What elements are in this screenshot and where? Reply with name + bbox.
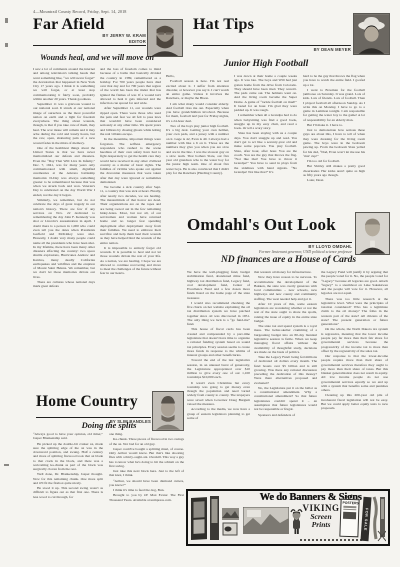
right-banner-stands-image xyxy=(372,495,386,542)
body-paragraph: “Arthur, we should have been diamond cut… xyxy=(109,479,184,488)
body-paragraph: We have the well-plugging fund, budget s… xyxy=(187,270,250,300)
far-afield-rule xyxy=(33,45,146,46)
body-paragraph: I was down at their home a couple weeks … xyxy=(234,74,297,112)
body-paragraph: I remember when all a Grandpa had to do … xyxy=(234,113,297,130)
omdahl-byline-sub: Former lieutenant governor, UND politica… xyxy=(200,250,352,254)
home-country-column-2: one thing.Ka-chunk. Three pieces of fire… xyxy=(109,432,184,545)
body-paragraph: No, the Legislature put it on the ballot… xyxy=(254,386,317,412)
body-paragraph: Jasper could've bought a splitting maul,… xyxy=(109,447,184,468)
body-paragraph: But Shirley still makes a pretty good ch… xyxy=(303,164,365,177)
viking-screen-prints-wordmark: VIKING Screen Prints xyxy=(302,504,340,528)
body-paragraph: He picked up the double-bit cruiser ax, … xyxy=(33,442,103,472)
body-paragraph: I am what many would consider elderly. A… xyxy=(166,102,229,123)
banner-stands-image xyxy=(190,494,240,542)
body-paragraph: He stood it up. This second swing wasn't… xyxy=(33,486,103,499)
body-paragraph: It wasn't even Christmas but every towns… xyxy=(187,381,250,407)
body-paragraph: Our response is that the lower-income pe… xyxy=(321,354,388,392)
sample-banner-photo xyxy=(243,507,289,534)
prints-word: Prints xyxy=(302,521,340,529)
omdahl-column-1: We have the well-plugging fund, budget s… xyxy=(187,270,250,487)
far-afield-title: Far Afield xyxy=(33,16,104,34)
body-paragraph: Brought to you by Ol' Max Evans: The Fir… xyxy=(109,493,184,502)
omdahl-headline: ND finances are a House of Cards xyxy=(187,255,390,265)
far-afield-headline: Wounds heal, and we will move on xyxy=(33,53,161,62)
posters-label: POSTERS xyxy=(342,501,357,506)
body-paragraph: I think it's time to feed the dog, Bun. xyxy=(109,488,184,492)
body-paragraph: Just take this next block here. Just to … xyxy=(109,469,184,478)
far-afield-column-1: I saw a lot of comments around the inter… xyxy=(33,67,95,346)
body-paragraph: One of the healthiest things about the U… xyxy=(33,146,95,197)
far-afield-byline-editor: EDITOR xyxy=(60,39,146,44)
body-paragraph: In the meantime, important things were f… xyxy=(100,137,161,184)
home-country-headline: Doing the splits xyxy=(33,420,185,430)
folio-line: 4—Mountrail County Record, Friday, Sept.… xyxy=(33,9,127,14)
body-paragraph: Sponsors and defenders of xyxy=(254,413,317,417)
home-country-title: Home Country xyxy=(36,393,138,411)
body-paragraph: This house of fiscal cards has been crea… xyxy=(187,327,250,357)
body-paragraph: I would also recommend checking the five… xyxy=(187,301,250,327)
body-paragraph: Ka-chunk. Three pieces of firewood in tw… xyxy=(109,437,184,446)
body-paragraph: We became a sick country after Sept. 11,… xyxy=(100,185,161,245)
body-paragraph: There was too little research at the leg… xyxy=(321,297,388,327)
body-paragraph: I went to Bowman for the football jambor… xyxy=(303,88,365,122)
lloyd-omdahl-headshot-photo xyxy=(355,212,390,255)
body-paragraph: Just to demonstrate how serious these gu… xyxy=(303,128,365,158)
poster-text-line xyxy=(343,508,356,510)
home-country-column-1: “Always good to have your opinion, old t… xyxy=(33,432,103,545)
body-paragraph: The state tax and spend system is a roya… xyxy=(254,324,317,354)
body-paragraph: Cleaning up this 200-year old pile of in… xyxy=(321,393,388,410)
body-paragraph: Now they have reason to be nervous. To a… xyxy=(254,275,317,301)
body-paragraph: Well done, Dr. Blankenship, Jasper thoug… xyxy=(33,472,103,485)
body-paragraph: that western oil money for infrastructur… xyxy=(254,270,317,274)
body-paragraph: “Always good to have your opinion, old t… xyxy=(33,432,103,441)
omdahl-byline: BY LLOYD OMDAHL xyxy=(252,244,352,249)
omdahl-column-3: the Legacy Fund will justify it by argui… xyxy=(321,270,388,487)
body-paragraph: and the loss of freedom comes to mind be… xyxy=(100,67,161,105)
body-paragraph: Football season is here. I'm not real ex… xyxy=(166,79,229,100)
body-paragraph: I saw a lot of comments around the inter… xyxy=(33,67,95,101)
body-paragraph: I'm too old for football. xyxy=(303,159,365,163)
body-paragraph: hard to be the guy that throws the flag … xyxy=(303,74,365,87)
scan-artifact xyxy=(5,43,8,47)
body-paragraph: Similarly, we remember, but do not celeb… xyxy=(33,198,95,279)
body-paragraph: Take the Legacy Fund: being fed millions… xyxy=(254,355,317,385)
body-paragraph: After 10 years of this, some eastern leg… xyxy=(254,302,317,323)
scan-artifact xyxy=(5,18,8,23)
hat-tips-column-2: I was down at their home a couple weeks … xyxy=(234,74,297,216)
body-paragraph: the Legacy Fund will justify it by argui… xyxy=(321,270,388,296)
home-country-rule xyxy=(36,417,151,418)
body-paragraph: one thing. xyxy=(109,432,184,436)
far-afield-byline: BY JERRY W. KRAM xyxy=(60,33,146,38)
scan-artifact xyxy=(4,464,9,466)
hat-tips-rule xyxy=(193,45,351,46)
body-paragraph: Slate has been staying with us a couple … xyxy=(234,131,297,174)
dean-meyer-headshot-photo xyxy=(353,13,390,55)
body-paragraph: On the whole, the North Dakota tax syste… xyxy=(321,327,388,353)
poster-thumbnail xyxy=(343,511,356,518)
ad-phone-line xyxy=(300,539,362,541)
banners-signs-ad: We do Banners & Signs VIKING Screen Prin… xyxy=(186,489,390,546)
body-paragraph: Later, Dean xyxy=(303,178,365,182)
body-paragraph: According to the media, we now have a gr… xyxy=(187,407,250,420)
newspaper-page: 4—Mountrail County Record, Friday, Sept.… xyxy=(0,0,400,567)
hat-tips-title: Hat Tips xyxy=(193,16,254,34)
body-paragraph: There are cultures whose national days m… xyxy=(33,280,95,289)
body-paragraph: But I'll make it. I have to. xyxy=(303,123,365,127)
hat-tips-column-3: hard to be the guy that throws the flag … xyxy=(303,74,365,216)
body-paragraph: It is impossible to entirely forget old … xyxy=(100,246,161,276)
hat-tips-byline: BY DEAN MEYER xyxy=(265,47,351,52)
hat-tips-column-1: Hello,Football season is here. I'm not r… xyxy=(166,74,229,216)
body-paragraph: Hello, xyxy=(166,74,229,78)
for-sale-label: FOR SALE xyxy=(363,507,369,530)
body-paragraph: Toward the end of the last legislative s… xyxy=(187,358,250,379)
omdahl-rule xyxy=(187,242,352,243)
omdahl-column-2: that western oil money for infrastructur… xyxy=(254,270,317,487)
body-paragraph: September 11 was a grievous wound to our… xyxy=(33,102,95,145)
hat-tips-headline: Junior High Football xyxy=(166,59,366,69)
far-afield-column-2: and the loss of freedom comes to mind be… xyxy=(100,67,161,346)
body-paragraph: Two of the boys play junior high footbal… xyxy=(166,124,229,175)
posters-card: POSTERS xyxy=(339,499,359,538)
omdahl-title: Omdahl's Out Look xyxy=(187,215,336,235)
jerry-kram-headshot-photo xyxy=(147,19,183,57)
body-paragraph: After September 11, our wounds were ripp… xyxy=(100,106,161,136)
for-sale-flag: FOR SALE xyxy=(360,497,371,541)
